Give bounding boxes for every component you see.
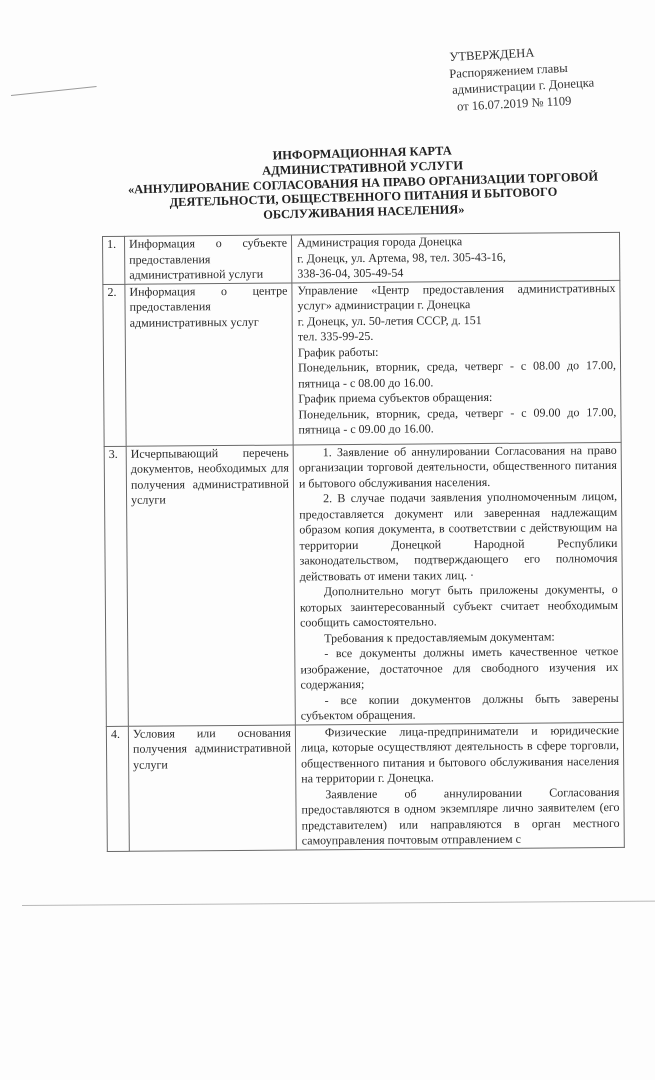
content-line: Понедельник, вторник, среда, четверг - с… bbox=[298, 358, 616, 391]
content-paragraph: 1. Заявление об аннулировании Согласован… bbox=[299, 442, 617, 491]
content-line: Управление «Центр предоставления админис… bbox=[297, 280, 615, 313]
content-paragraph: Заявление об аннулировании Согласования … bbox=[301, 784, 619, 848]
content-paragraph: Физические лица-предприниматели и юридич… bbox=[301, 722, 619, 786]
content-paragraph: Дополнительно могут быть приложены докум… bbox=[300, 582, 618, 631]
row-content: Управление «Центр предоставления админис… bbox=[292, 280, 621, 445]
content-paragraph: - все документы должны иметь качественно… bbox=[300, 644, 618, 693]
row-label: Исчерпывающий перечень документов, необх… bbox=[126, 445, 295, 726]
row-content: Физические лица-предприниматели и юридич… bbox=[295, 722, 624, 850]
row-label: Условия или основания получения админист… bbox=[128, 724, 296, 850]
row-content: 1. Заявление об аннулировании Согласован… bbox=[293, 442, 623, 725]
row-number: 3. bbox=[104, 446, 128, 726]
content-line: 338-36-04, 305-49-54 bbox=[297, 264, 615, 282]
information-card-table: 1. Информация о субъекте предоставления … bbox=[102, 232, 625, 852]
approval-stamp: УТВЕРЖДЕНА Распоряжением главы администр… bbox=[449, 42, 595, 115]
row-number: 1. bbox=[103, 236, 125, 284]
scanned-page: УТВЕРЖДЕНА Распоряжением главы администр… bbox=[0, 0, 655, 1080]
table-row: 2. Информация о центре предоставления ад… bbox=[103, 280, 621, 446]
row-label: Информация о центре предоставления админ… bbox=[125, 283, 293, 446]
document-title: ИНФОРМАЦИОННАЯ КАРТА АДМИНИСТРАТИВНОЙ УС… bbox=[102, 139, 624, 227]
table-row: 3. Исчерпывающий перечень документов, не… bbox=[104, 442, 623, 726]
table-row: 4. Условия или основания получения админ… bbox=[106, 722, 624, 851]
page-footer-line bbox=[22, 901, 655, 906]
scan-artifact-line bbox=[11, 86, 97, 96]
row-number: 4. bbox=[106, 726, 129, 851]
row-content: Администрация города Донецка г. Донецк, … bbox=[291, 232, 619, 282]
content-paragraph: - все копии документов должны быть завер… bbox=[301, 690, 619, 723]
content-paragraph: 2. В случае подачи заявления уполномочен… bbox=[299, 489, 618, 584]
content-line: Понедельник, вторник, среда, четверг - с… bbox=[298, 404, 616, 437]
row-label: Информация о субъекте предоставления адм… bbox=[125, 235, 292, 284]
row-number: 2. bbox=[103, 284, 126, 446]
table-row: 1. Информация о субъекте предоставления … bbox=[103, 232, 620, 284]
